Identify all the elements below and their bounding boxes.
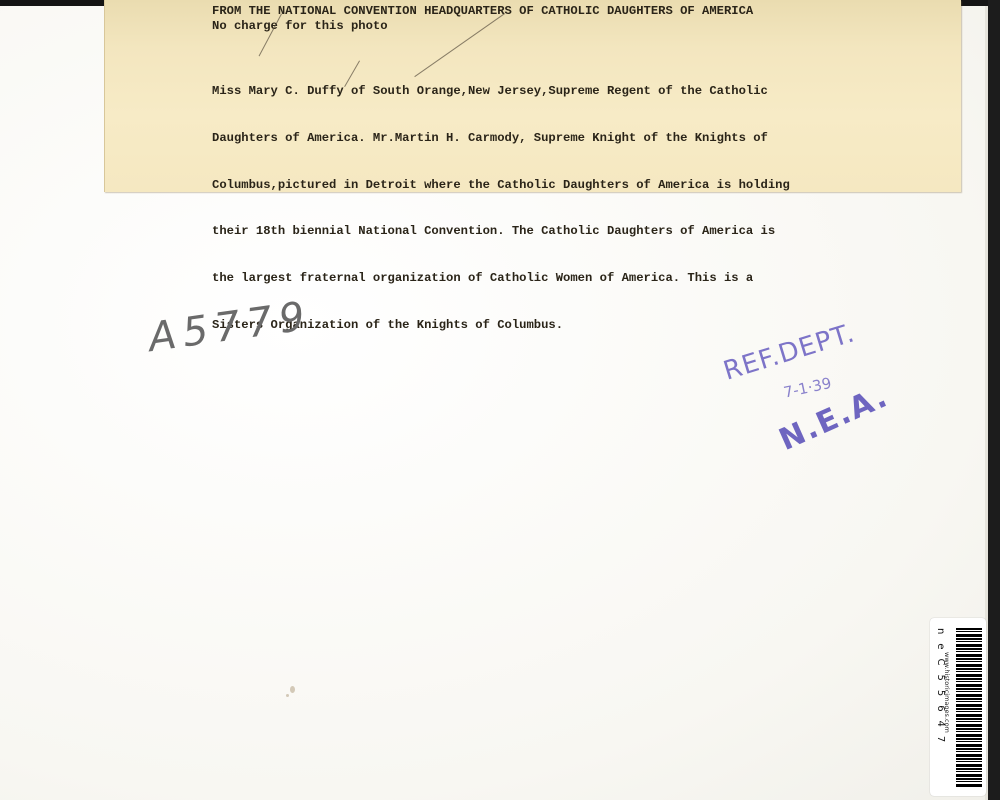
caption-line: their 18th biennial National Convention.… <box>212 224 790 240</box>
barcode-label: neC55647 www.historicimages.com <box>930 618 986 796</box>
photo-back: FROM THE NATIONAL CONVENTION HEADQUARTER… <box>0 6 988 800</box>
paper-speck <box>290 686 295 693</box>
caption-line: Miss Mary C. Duffy of South Orange,New J… <box>212 84 790 100</box>
caption-line: Daughters of America. Mr.Martin H. Carmo… <box>212 131 790 147</box>
stamp-date: 7-1·39 <box>782 374 833 402</box>
barcode-website: www.historicimages.com <box>943 652 951 733</box>
caption-line: the largest fraternal organization of Ca… <box>212 271 790 287</box>
caption-header: FROM THE NATIONAL CONVENTION HEADQUARTER… <box>212 4 753 18</box>
scan-right-edge <box>988 0 1000 800</box>
barcode-icon <box>956 628 982 788</box>
caption-line: Columbus,pictured in Detroit where the C… <box>212 178 790 194</box>
caption-no-charge: No charge for this photo <box>212 19 388 33</box>
paper-speck <box>286 694 289 697</box>
